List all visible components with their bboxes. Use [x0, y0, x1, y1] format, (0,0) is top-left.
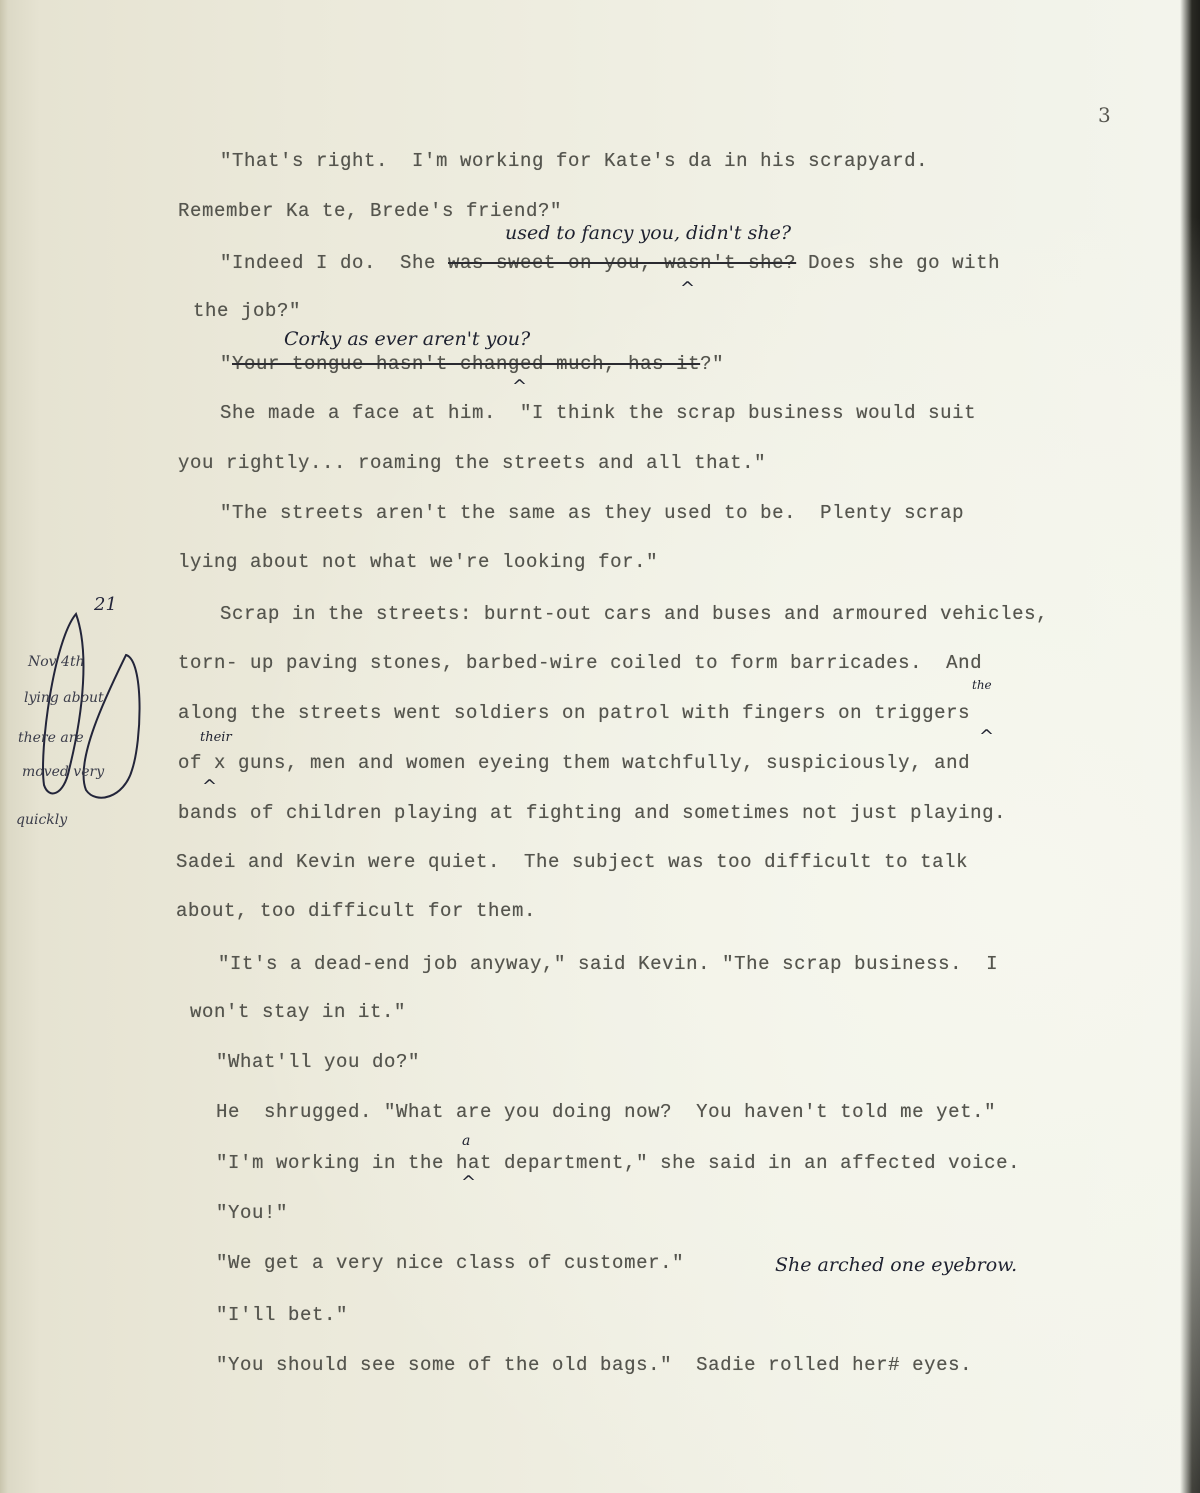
typed-line: Remember Ka te, Brede's friend?": [178, 200, 562, 222]
handwritten-insertion: Corky as ever aren't you?: [284, 328, 530, 350]
typed-line: "I'm working in the hat department," she…: [216, 1152, 1020, 1174]
typed-line: "I'll bet.": [216, 1304, 348, 1326]
handwritten-insertion: She arched one eyebrow.: [775, 1254, 1017, 1276]
typed-line: of x guns, men and women eyeing them wat…: [178, 752, 970, 774]
typed-line: "It's a dead-end job anyway," said Kevin…: [218, 953, 998, 975]
typed-line: you rightly... roaming the streets and a…: [178, 452, 766, 474]
handwritten-insertion: a: [462, 1133, 470, 1149]
handwritten-insertion: their: [200, 730, 232, 745]
typed-line: "Your tongue hasn't changed much, has it…: [220, 353, 724, 375]
loop-scribble-icon: [14, 600, 174, 830]
typed-line: won't stay in it.": [190, 1001, 406, 1023]
margin-note-line: there are: [18, 730, 84, 746]
typed-line: "You should see some of the old bags." S…: [216, 1354, 972, 1376]
typed-line: bands of children playing at fighting an…: [178, 802, 1006, 824]
typed-line: lying about not what we're looking for.": [178, 551, 658, 573]
handwritten-insertion: the: [972, 678, 992, 692]
struck-out-text: was sweet on you, wasn't she?: [448, 252, 796, 274]
typed-line: "We get a very nice class of customer.": [216, 1252, 684, 1274]
insertion-caret: ^: [461, 1172, 476, 1193]
typed-line: the job?": [193, 300, 301, 322]
typed-line: Sadei and Kevin were quiet. The subject …: [176, 851, 968, 873]
margin-number: 21: [94, 594, 117, 615]
typed-line: Scrap in the streets: burnt-out cars and…: [220, 603, 1048, 625]
margin-annotation: 21 Nov 4th lying about there are moved v…: [14, 600, 174, 830]
typed-line: "What'll you do?": [216, 1051, 420, 1073]
typed-line: "Indeed I do. She was sweet on you, wasn…: [220, 252, 1000, 274]
typed-line: along the streets went soldiers on patro…: [178, 702, 970, 724]
typed-line: "That's right. I'm working for Kate's da…: [220, 150, 928, 172]
insertion-caret: ^: [512, 376, 527, 397]
struck-out-text: Your tongue hasn't changed much, has it: [232, 353, 700, 375]
margin-note-line: lying about: [24, 690, 104, 706]
margin-note-line: moved very: [22, 764, 104, 780]
typescript-page: 3 "That's right. I'm working for Kate's …: [0, 0, 1200, 1493]
margin-note-line: quickly: [16, 812, 67, 828]
typed-line: "The streets aren't the same as they use…: [220, 502, 964, 524]
insertion-caret: ^: [680, 278, 695, 299]
insertion-caret: ^: [202, 776, 217, 797]
handwritten-insertion: used to fancy you, didn't she?: [505, 222, 791, 244]
typed-line: about, too difficult for them.: [176, 900, 536, 922]
page-number: 3: [1098, 103, 1111, 127]
typed-line: She made a face at him. "I think the scr…: [220, 402, 976, 424]
typed-line: torn- up paving stones, barbed-wire coil…: [178, 652, 982, 674]
margin-note-line: Nov 4th: [28, 654, 85, 670]
typed-line: He shrugged. "What are you doing now? Yo…: [216, 1101, 996, 1123]
typed-line: "You!": [216, 1202, 288, 1224]
insertion-caret: ^: [979, 726, 994, 747]
